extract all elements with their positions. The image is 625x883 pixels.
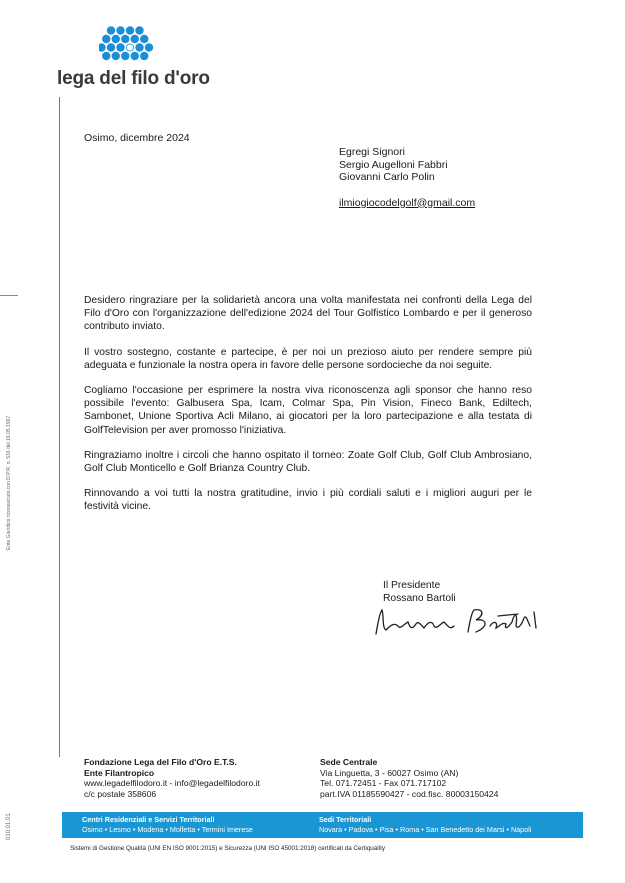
salutation: Egregi Signori	[339, 146, 475, 159]
foundation-type: Ente Filantropico	[84, 768, 260, 779]
hq-tax-ids: part.IVA 01185590427 - cod.fisc. 8000315…	[320, 789, 498, 800]
residential-centers: Centri Residenziali e Servizi Territoria…	[82, 815, 253, 834]
postal-account: c/c postale 358606	[84, 789, 260, 800]
fold-mark	[0, 295, 18, 296]
footer-headquarters-info: Sede Centrale Via Linguetta, 3 - 60027 O…	[320, 757, 498, 800]
certification-note: Sistemi di Gestione Qualità (UNI EN ISO …	[70, 845, 385, 852]
legal-note: Ente Giuridico riconosciuto con D.P.R. n…	[6, 416, 12, 550]
document-code: 010.01.01	[6, 813, 12, 840]
paragraph: Rinnovando a voi tutti la nostra gratitu…	[84, 487, 532, 513]
recipient-email-link[interactable]: ilmiogiocodelgolf@gmail.com	[339, 197, 475, 210]
logo-wordmark: lega del filo d'oro	[57, 68, 210, 90]
hq-address: Via Linguetta, 3 - 60027 Osimo (AN)	[320, 768, 498, 779]
footer-foundation-info: Fondazione Lega del Filo d'Oro E.T.S. En…	[84, 757, 260, 800]
place-date: Osimo, dicembre 2024	[84, 132, 190, 144]
recipient-name: Sergio Augelloni Fabbri	[339, 159, 475, 172]
hq-phone: Tel. 071.72451 - Fax 071.717102	[320, 778, 498, 789]
residential-centers-title: Centri Residenziali e Servizi Territoria…	[82, 815, 253, 825]
recipient-name: Giovanni Carlo Polin	[339, 171, 475, 184]
foundation-contacts[interactable]: www.legadelfilodoro.it - info@legadelfil…	[84, 778, 260, 789]
foundation-name: Fondazione Lega del Filo d'Oro E.T.S.	[84, 757, 260, 768]
recipient-block: Egregi Signori Sergio Augelloni Fabbri G…	[339, 146, 475, 209]
handwritten-signature	[372, 604, 542, 645]
locations-band: Centri Residenziali e Servizi Territoria…	[62, 812, 583, 838]
territorial-offices: Sedi Territoriali Novara • Padova • Pisa…	[319, 815, 531, 834]
letter-body: Desidero ringraziare per la solidarietà …	[84, 294, 532, 526]
hq-title: Sede Centrale	[320, 757, 498, 768]
paragraph: Il vostro sostegno, costante e partecipe…	[84, 346, 532, 372]
signatory-title: Il Presidente	[383, 580, 456, 593]
territorial-offices-title: Sedi Territoriali	[319, 815, 531, 825]
territorial-offices-list: Novara • Padova • Pisa • Roma • San Bene…	[319, 825, 531, 835]
residential-centers-list: Osimo • Lesmo • Modena • Molfetta • Term…	[82, 825, 253, 835]
paragraph: Ringraziamo inoltre i circoli che hanno …	[84, 449, 532, 475]
paragraph: Desidero ringraziare per la solidarietà …	[84, 294, 532, 334]
logo-dots-icon	[99, 26, 159, 64]
signature-block: Il Presidente Rossano Bartoli	[383, 580, 456, 605]
margin-rule	[59, 97, 60, 757]
paragraph: Cogliamo l'occasione per esprimere la no…	[84, 384, 532, 437]
